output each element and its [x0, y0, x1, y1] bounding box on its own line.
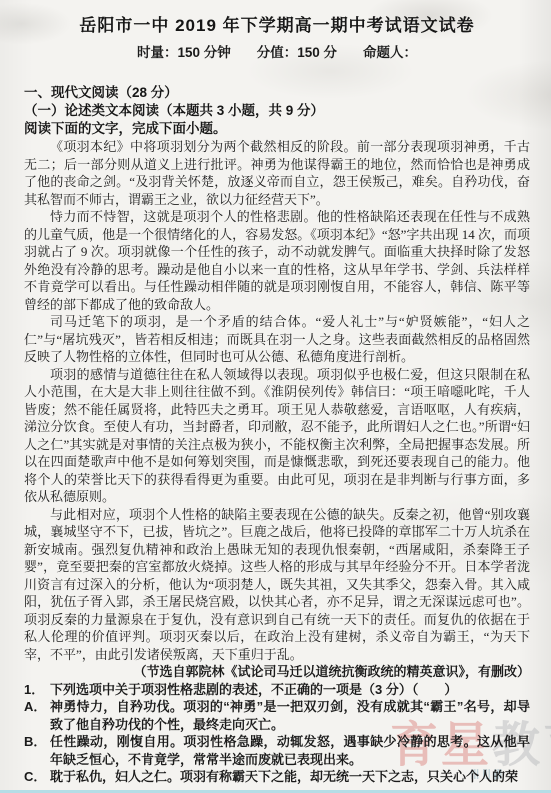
passage-paragraph: 《项羽本纪》中将项羽划分为两个截然相反的阶段。前一部分表现项羽神勇，千古无二；后… [24, 138, 530, 208]
time-value: 150 分钟 [177, 45, 230, 60]
time-label: 时量： [137, 45, 178, 60]
option-a-label: A． [24, 698, 50, 716]
subsection-heading-argumentative-reading: （一）论述类文本阅读（本题共 3 小题，共 9 分） [24, 102, 530, 120]
passage-attribution: （节选自郭院林《试论司马迁以道统抗衡政统的精英意识》，有删改） [24, 663, 530, 681]
option-c-text: 耽于私仇，妇人之仁。项羽有称霸天下之能，却无统一天下之志，只关心个人的荣 [50, 768, 530, 786]
reading-passage: 《项羽本纪》中将项羽划分为两个截然相反的阶段。前一部分表现项羽神勇，千古无二；后… [24, 138, 530, 663]
page-content: 岳阳市一中 2019 年下学期高一期中考试语文试卷 时量：150 分钟分值：15… [0, 0, 551, 786]
score-label: 分值： [257, 45, 298, 60]
option-c-label: C． [24, 768, 50, 786]
question-1: 1． 下列选项中关于项羽性格悲剧的表述，不正确的一项是（3 分）（ ） A． 神… [24, 681, 530, 786]
examiner-label: 命题人： [363, 45, 417, 60]
option-a-text: 神勇恃力，自矜功伐。项羽的“神勇”是一把双刃剑，没有成就其“霸王”名号，却导致了… [50, 698, 530, 733]
option-b-text: 任性躁动，刚愎自用。项羽性格急躁，动辄发怒，遇事缺少冷静的思考。这从他早年缺乏恒… [50, 733, 530, 768]
exam-meta-line: 时量：150 分钟分值：150 分命题人： [24, 44, 530, 62]
reading-instruction: 阅读下面的文字，完成下面小题。 [24, 120, 530, 138]
scanned-exam-page: 育星教育网 ⅢⅢⅢ 岳阳市一中 2019 年下学期高一期中考试语文试卷 时量：1… [0, 0, 551, 793]
score-value: 150 分 [297, 45, 337, 60]
passage-paragraph: 项羽的感情与道德往往在私人领域得以表现。项羽似乎也极仁爱，但这只限制在私人小范围… [24, 366, 530, 506]
question-1-number: 1． [24, 681, 50, 699]
question-1-option-a: A． 神勇恃力，自矜功伐。项羽的“神勇”是一把双刃剑，没有成就其“霸王”名号，却… [24, 698, 530, 733]
passage-paragraph: 恃力而不恃智，这就是项羽个人的性格悲剧。他的性格缺陷还表现在任性与不成熟的儿童气… [24, 208, 530, 313]
question-1-stem-row: 1． 下列选项中关于项羽性格悲剧的表述，不正确的一项是（3 分）（ ） [24, 681, 530, 699]
passage-paragraph: 与此相对应，项羽个人性格的缺陷主要表现在公德的缺失。反秦之初，他曾“别攻襄城，襄… [24, 506, 530, 664]
section-heading-modern-reading: 一、现代文阅读（28 分） [24, 84, 530, 102]
exam-title: 岳阳市一中 2019 年下学期高一期中考试语文试卷 [24, 14, 530, 37]
option-b-label: B． [24, 733, 50, 751]
question-1-option-c: C． 耽于私仇，妇人之仁。项羽有称霸天下之能，却无统一天下之志，只关心个人的荣 [24, 768, 530, 786]
question-1-option-b: B． 任性躁动，刚愎自用。项羽性格急躁，动辄发怒，遇事缺少冷静的思考。这从他早年… [24, 733, 530, 768]
question-1-stem: 下列选项中关于项羽性格悲剧的表述，不正确的一项是（3 分）（ ） [50, 681, 530, 699]
passage-paragraph: 司马迁笔下的项羽，是一个矛盾的结合体。“爱人礼士”与“妒贤嫉能”，“妇人之仁”与… [24, 313, 530, 366]
